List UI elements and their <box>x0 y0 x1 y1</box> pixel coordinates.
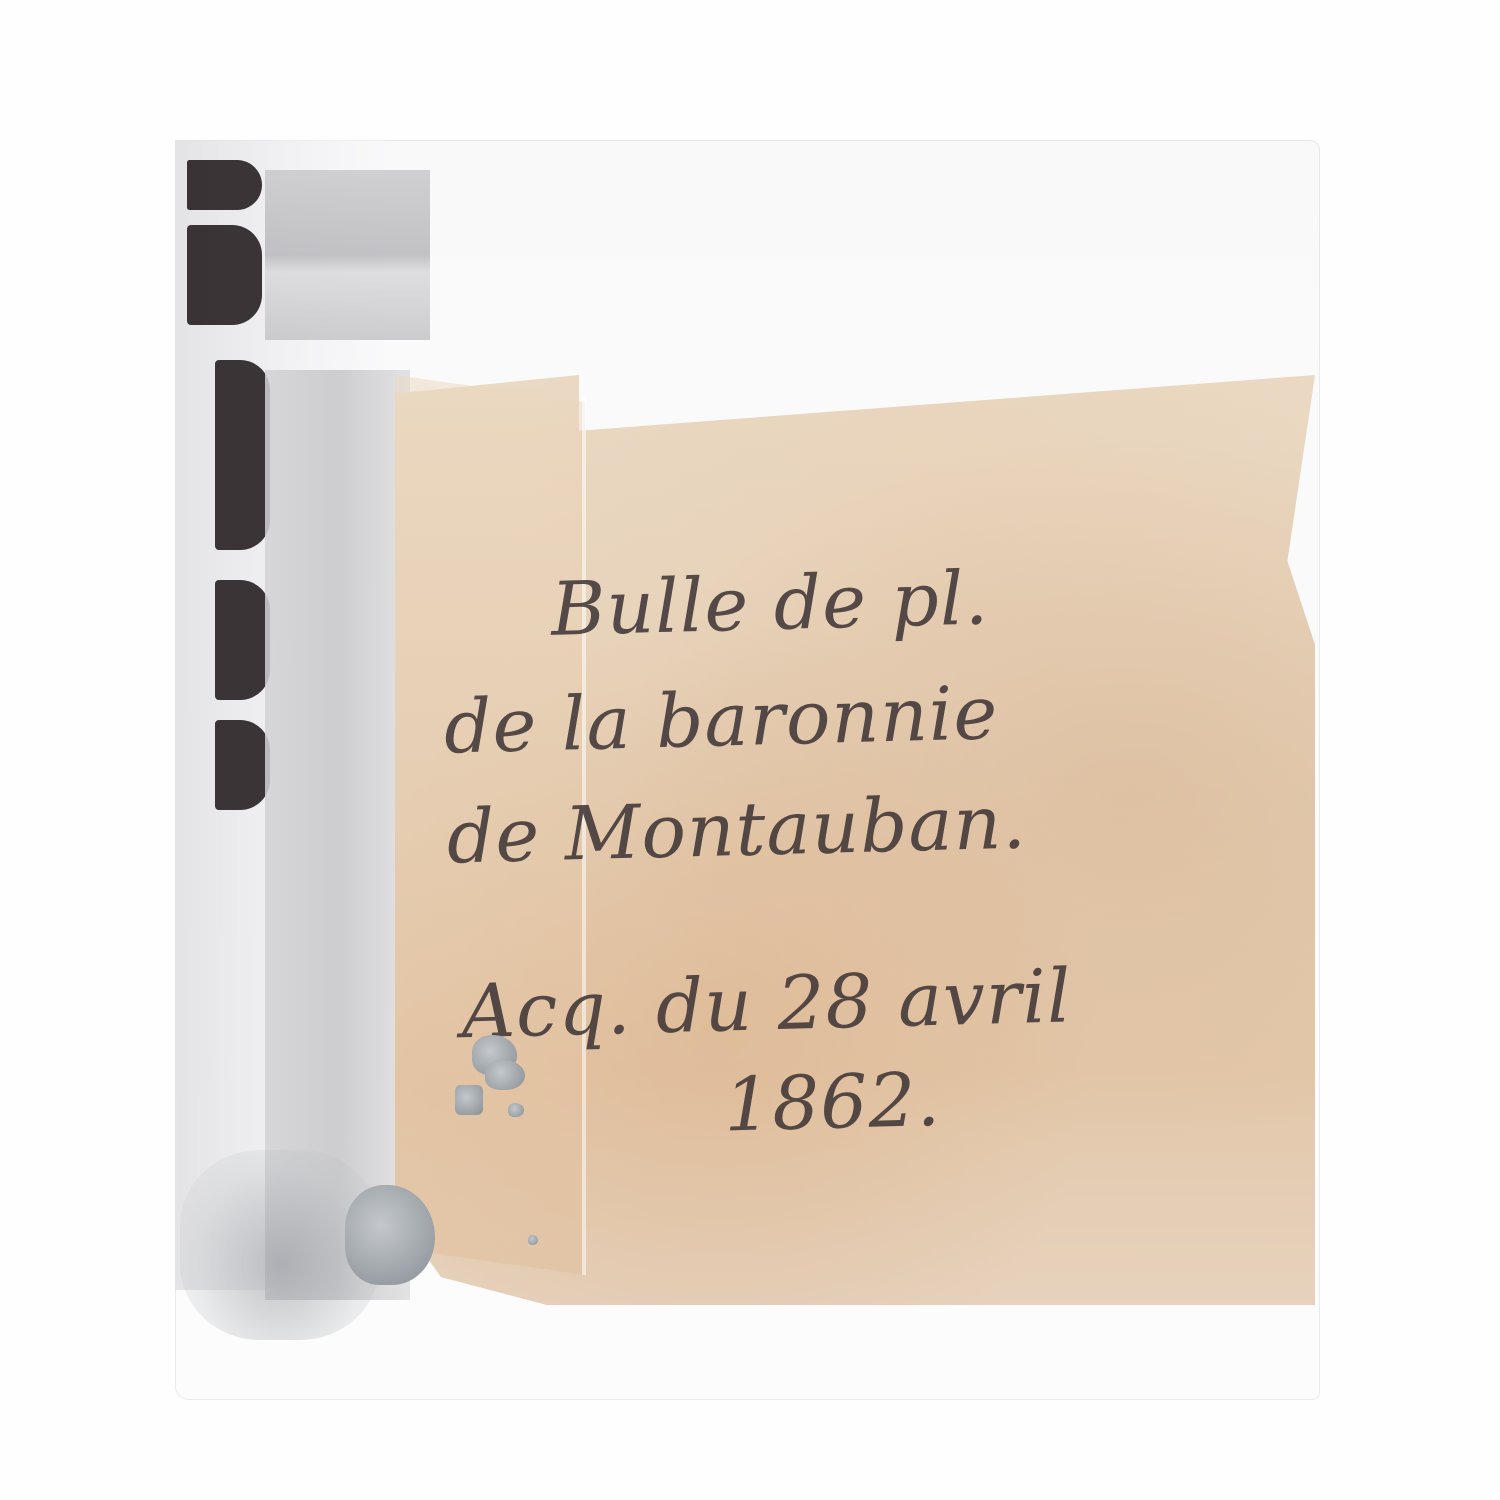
zip-print-mark <box>215 360 270 550</box>
mineral-fragment <box>528 1235 538 1245</box>
mineral-fragment <box>455 1085 483 1115</box>
photo-stage: Bulle de pl. de la baronnie de Montauban… <box>0 0 1500 1500</box>
mineral-fragment <box>508 1103 524 1117</box>
zip-print-mark <box>215 580 270 700</box>
zip-print-mark <box>187 225 262 325</box>
ziplock-strip <box>175 140 385 1290</box>
zip-print-mark <box>215 720 270 810</box>
label-line-4: Acq. du 28 avril <box>461 959 1073 1049</box>
label-line-2: de la baronnie <box>443 676 999 764</box>
zip-print-mark <box>187 160 262 210</box>
write-on-band <box>265 170 430 340</box>
label-line-3: de Montauban. <box>446 785 1028 874</box>
label-line-5: 1862. <box>723 1063 942 1143</box>
label-line-1: Bulle de pl. <box>550 561 990 646</box>
mineral-fragment-cluster <box>345 1185 435 1285</box>
mineral-fragment <box>485 1060 525 1090</box>
